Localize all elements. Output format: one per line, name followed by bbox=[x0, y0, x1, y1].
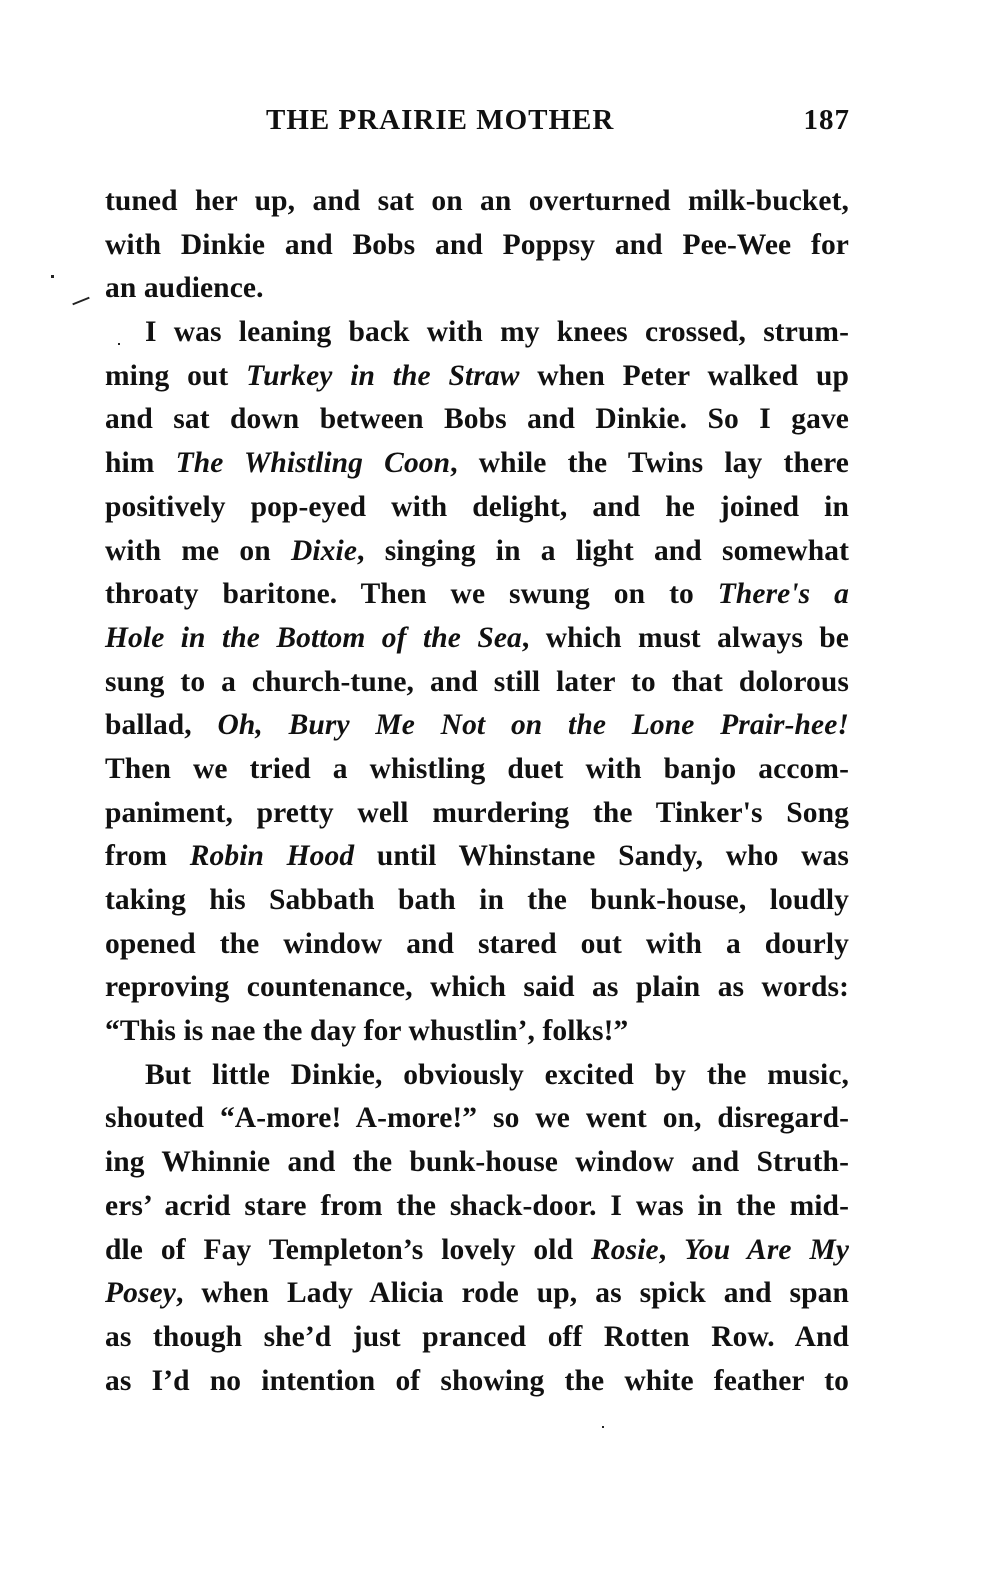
text-line: Posey, when Lady Alicia rode up, as spic… bbox=[105, 1272, 849, 1316]
text-segment: from bbox=[105, 840, 190, 872]
text-segment: throaty baritone. Then we swung on to bbox=[105, 578, 718, 610]
text-line: him The Whistling Coon, while the Twins … bbox=[105, 442, 849, 486]
print-speck bbox=[51, 275, 54, 278]
text-segment: him bbox=[105, 447, 176, 479]
text-line: an audience. bbox=[105, 267, 849, 311]
text-line: with me on Dixie, singing in a light and… bbox=[105, 530, 849, 574]
text-segment: ing Whinnie and the bunk-house window an… bbox=[105, 1146, 849, 1178]
text-line: ers’ acrid stare from the shack-door. I … bbox=[105, 1185, 849, 1229]
italic-title-text: Turkey in the Straw bbox=[246, 360, 519, 392]
text-line: sung to a church-tune, and still later t… bbox=[105, 661, 849, 705]
text-line: taking his Sabbath bath in the bunk-hous… bbox=[105, 879, 849, 923]
text-segment: sung to a church-tune, and still later t… bbox=[105, 666, 849, 698]
text-segment: “This is nae the day for whustlin’, folk… bbox=[105, 1015, 628, 1047]
text-segment: paniment, pretty well murdering the Tink… bbox=[105, 797, 849, 829]
text-line: positively pop-eyed with delight, and he… bbox=[105, 486, 849, 530]
text-line: and sat down between Bobs and Dinkie. So… bbox=[105, 398, 849, 442]
text-segment: positively pop-eyed with delight, and he… bbox=[105, 491, 849, 523]
text-segment: when Peter walked up bbox=[520, 360, 849, 392]
text-line: Hole in the Bottom of the Sea, which mus… bbox=[105, 617, 849, 661]
text-line: Then we tried a whistling duet with banj… bbox=[105, 748, 849, 792]
text-segment: opened the window and stared out with a … bbox=[105, 928, 849, 960]
text-segment: until Whinstane Sandy, who was bbox=[354, 840, 849, 872]
text-segment: , while the Twins lay there bbox=[450, 447, 849, 479]
text-segment: Then we tried a whistling duet with banj… bbox=[105, 753, 849, 785]
text-segment: I was leaning back with my knees crossed… bbox=[145, 316, 849, 348]
italic-title-text: Robin Hood bbox=[190, 840, 355, 872]
text-line: ing Whinnie and the bunk-house window an… bbox=[105, 1141, 849, 1185]
text-segment: But little Dinkie, obviously excited by … bbox=[145, 1059, 849, 1091]
text-segment: , bbox=[659, 1234, 684, 1266]
text-segment: ming out bbox=[105, 360, 246, 392]
text-line: shouted “A-more! A-more!” so we went on,… bbox=[105, 1097, 849, 1141]
text-line: as though she’d just pranced off Rotten … bbox=[105, 1316, 849, 1360]
page-number: 187 bbox=[804, 104, 851, 137]
text-line: dle of Fay Templeton’s lovely old Rosie,… bbox=[105, 1229, 849, 1273]
book-page: THE PRAIRIE MOTHER 187 tuned her up, and… bbox=[0, 0, 1000, 1580]
margin-pencil-mark bbox=[72, 297, 89, 306]
text-segment: with Dinkie and Bobs and Poppsy and Pee-… bbox=[105, 229, 849, 261]
italic-title-text: Rosie bbox=[591, 1234, 659, 1266]
text-line: tuned her up, and sat on an overturned m… bbox=[105, 180, 849, 224]
text-segment: tuned her up, and sat on an overturned m… bbox=[105, 185, 849, 217]
italic-title-text: You Are My bbox=[684, 1234, 849, 1266]
text-line: throaty baritone. Then we swung on to Th… bbox=[105, 573, 849, 617]
text-segment: with me on bbox=[105, 535, 291, 567]
text-line: paniment, pretty well murdering the Tink… bbox=[105, 792, 849, 836]
italic-title-text: There's a bbox=[718, 578, 849, 610]
text-line: with Dinkie and Bobs and Poppsy and Pee-… bbox=[105, 224, 849, 268]
text-line: as I’d no intention of showing the white… bbox=[105, 1360, 849, 1404]
text-segment: taking his Sabbath bath in the bunk-hous… bbox=[105, 884, 849, 916]
text-line: I was leaning back with my knees crossed… bbox=[105, 311, 849, 355]
text-segment: , singing in a light and somewhat bbox=[357, 535, 849, 567]
text-line: from Robin Hood until Whinstane Sandy, w… bbox=[105, 835, 849, 879]
italic-title-text: Dixie bbox=[291, 535, 357, 567]
running-header: THE PRAIRIE MOTHER 187 bbox=[266, 104, 850, 144]
print-speck bbox=[118, 343, 120, 345]
body-text: tuned her up, and sat on an overturned m… bbox=[105, 180, 849, 1403]
text-line: But little Dinkie, obviously excited by … bbox=[105, 1054, 849, 1098]
text-line: ballad, Oh, Bury Me Not on the Lone Prai… bbox=[105, 704, 849, 748]
italic-title-text: Oh, Bury Me Not on the Lone Prair-hee! bbox=[218, 709, 849, 741]
text-segment: an audience. bbox=[105, 272, 264, 304]
text-line: ming out Turkey in the Straw when Peter … bbox=[105, 355, 849, 399]
text-segment: dle of Fay Templeton’s lovely old bbox=[105, 1234, 591, 1266]
print-speck bbox=[602, 1426, 604, 1428]
text-segment: reproving countenance, which said as pla… bbox=[105, 971, 849, 1003]
italic-title-text: Posey bbox=[105, 1277, 176, 1309]
text-segment: ers’ acrid stare from the shack-door. I … bbox=[105, 1190, 849, 1222]
text-segment: as I’d no intention of showing the white… bbox=[105, 1365, 849, 1397]
text-segment: shouted “A-more! A-more!” so we went on,… bbox=[105, 1102, 849, 1134]
text-segment: as though she’d just pranced off Rotten … bbox=[105, 1321, 849, 1353]
italic-title-text: Hole in the Bottom of the Sea bbox=[105, 622, 522, 654]
text-segment: and sat down between Bobs and Dinkie. So… bbox=[105, 403, 849, 435]
text-line: “This is nae the day for whustlin’, folk… bbox=[105, 1010, 849, 1054]
text-segment: ballad, bbox=[105, 709, 218, 741]
italic-title-text: The Whistling Coon bbox=[176, 447, 451, 479]
text-segment: , when Lady Alicia rode up, as spick and… bbox=[176, 1277, 849, 1309]
text-segment: , which must always be bbox=[522, 622, 849, 654]
text-line: opened the window and stared out with a … bbox=[105, 923, 849, 967]
text-line: reproving countenance, which said as pla… bbox=[105, 966, 849, 1010]
running-title: THE PRAIRIE MOTHER bbox=[266, 104, 614, 137]
